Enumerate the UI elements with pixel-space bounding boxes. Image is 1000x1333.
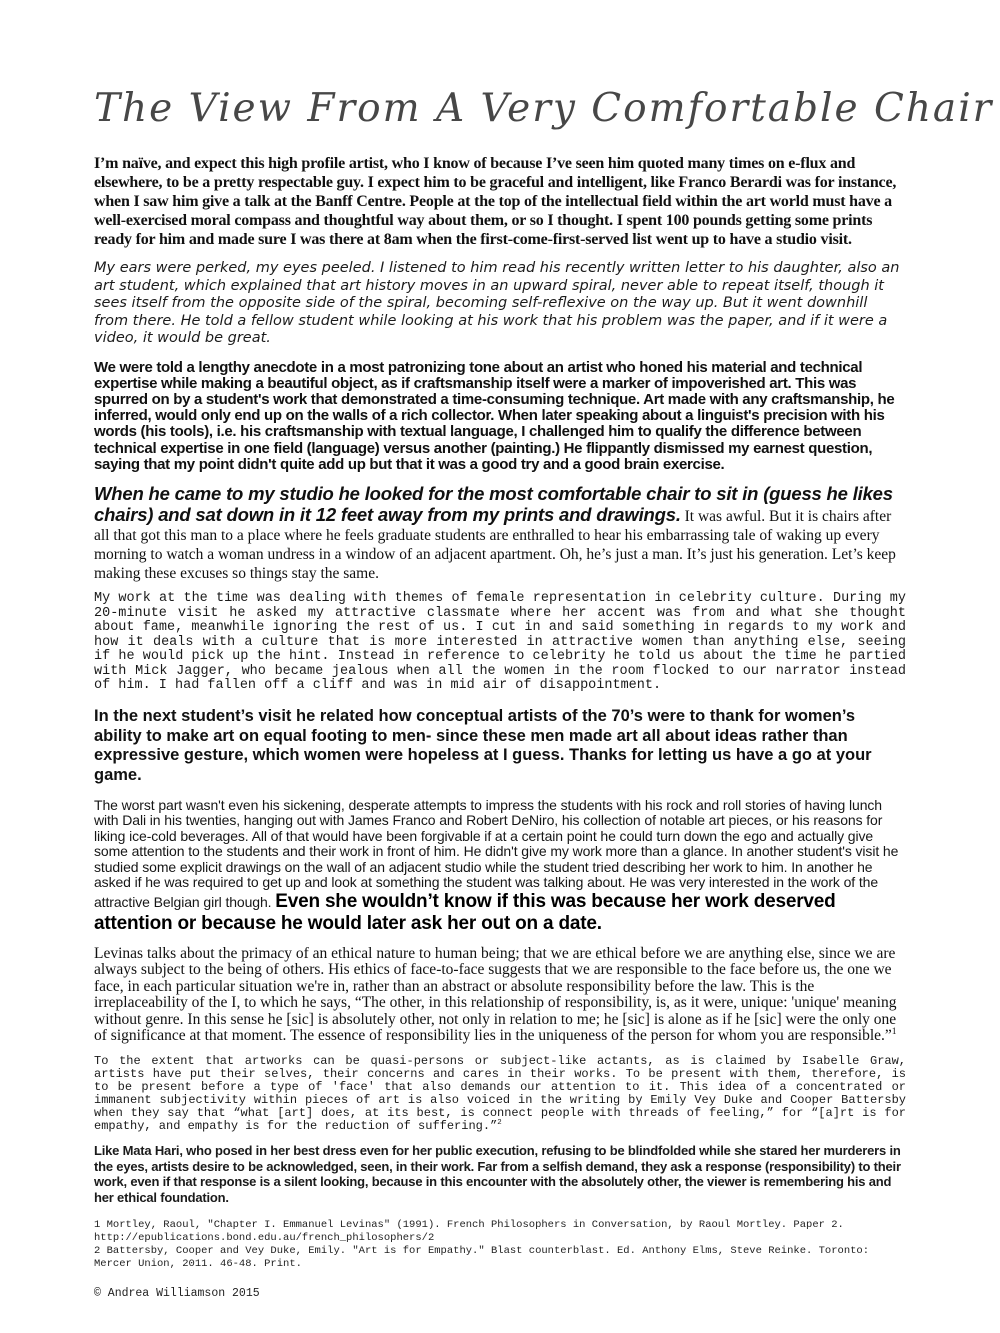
footnote-2: 2 Battersby, Cooper and Vey Duke, Emily.… xyxy=(94,1245,906,1271)
footnote-1: 1 Mortley, Raoul, "Chapter I. Emmanuel L… xyxy=(94,1219,906,1245)
paragraph-levinas: Levinas talks about the primacy of an et… xyxy=(94,946,906,1046)
paragraph-next-student: In the next student’s visit he related h… xyxy=(94,707,906,785)
paragraph-artworks: To the extent that artworks can be quasi… xyxy=(94,1055,906,1133)
footnote-marker-1: 1 xyxy=(892,1026,897,1037)
essay-title: The View From A Very Comfortable Chair xyxy=(94,84,906,134)
paragraph-ears-perked: My ears were perked, my eyes peeled. I l… xyxy=(94,260,906,348)
paragraph-anecdote: We were told a lengthy anecdote in a mos… xyxy=(94,360,906,473)
levinas-body-text: Levinas talks about the primacy of an et… xyxy=(94,945,896,1045)
paragraph-comfortable-chair: When he came to my studio he looked for … xyxy=(94,484,906,583)
document-page: The View From A Very Comfortable Chair I… xyxy=(0,0,1000,1333)
paragraph-my-work: My work at the time was dealing with the… xyxy=(94,592,906,694)
copyright-line: © Andrea Williamson 2015 xyxy=(94,1287,906,1300)
paragraph-worst-part: The worst part wasn't even his sickening… xyxy=(94,798,906,934)
paragraph-mata-hari: Like Mata Hari, who posed in her best dr… xyxy=(94,1143,906,1205)
paragraph-intro: I’m naïve, and expect this high profile … xyxy=(94,154,906,249)
footnotes-section: 1 Mortley, Raoul, "Chapter I. Emmanuel L… xyxy=(94,1219,906,1271)
footnote-marker-2: 2 xyxy=(497,1119,501,1127)
